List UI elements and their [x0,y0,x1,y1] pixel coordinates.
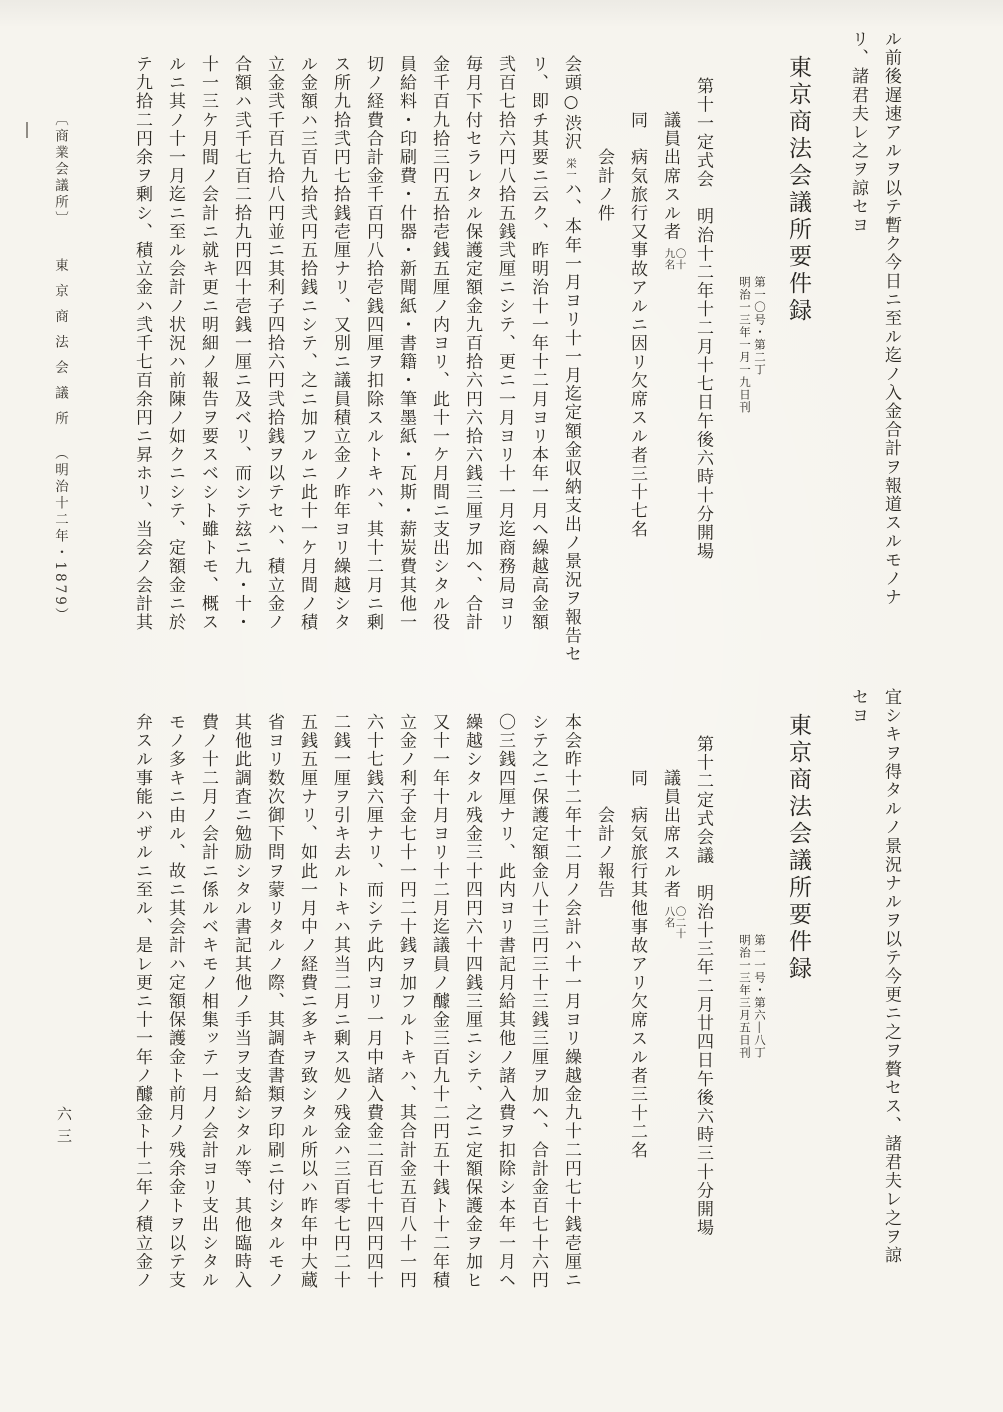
body-line: 其他此調査ニ勉励シタル書記其他ノ手当ヲ支給シタル等、其他臨時入 [224,688,257,1340]
margin-collection-label: 〔商業会議所〕 [52,112,68,228]
margin-source-note: 〔商業会議所〕東京商法会議所（明治十二年・1879） [50,112,70,632]
body-line-speaker: 会頭○渋沢栄一ハ、本年一月ヨリ十一月迄定額金収納支出ノ景況ヲ報告セ [554,30,587,652]
body-line: テ九拾二円余ヲ剰シ、積立金ハ弐千七百余円ニ昇ホリ、当会ノ会計其 [125,30,158,652]
body-line: ス所九拾弐円七拾銭壱厘ナリ、又別ニ議員積立金ノ昨年ヨリ繰越シタ [323,30,356,652]
body-line: シテ之ニ保護定額金八十三円三十三銭三厘ヲ加ヘ、合計金百七十六円 [521,688,554,1340]
issue-number-line: 第一一号・第六―八丁 [752,934,767,1340]
record-section-meeting-12: 宜シキヲ得タルノ景況ナルヲ以テ今更ニ之ヲ贅セス、諸君夫レ之ヲ諒 セヨ 東京商法会… [125,688,907,1340]
report-header: 会計ノ報告 [587,688,620,1340]
meeting-heading: 第十一定式会 明治十二年十二月十七日午後六時十分開場 [686,30,719,652]
issue-note: 第一〇号・第二丁 明治一三年一月一九日刊 [737,30,767,652]
body-line: 省ヨリ数次御下問ヲ蒙リタルノ際、其調査書類ヲ印刷ニ付シタルモノ [257,688,290,1340]
attendance-line: 議員出席スル者〇二十八名 [653,688,686,1340]
meeting-heading: 第十二定式会議 明治十三年二月廿四日午後六時三十分開場 [686,688,719,1340]
body-line: 十一三ケ月間ノ会計ニ就キ更ニ明細ノ報告ヲ要スベシト雖トモ、概ス [191,30,224,652]
body-line: 又十一年十月ヨリ十二月迄議員ノ醵金三百九十二円五十銭ト十二年積 [422,688,455,1340]
speaker-prefix: 会頭○渋沢 [561,55,581,151]
report-header: 会計ノ件 [587,30,620,652]
attendance-label: 議員出席スル者 [660,111,680,241]
body-line: 繰越シタル残金三十四円六十四銭三厘ニシテ、之ニ定額保護金ヲ加ヒ [455,688,488,1340]
body-line: 二銭一厘ヲ引キ去ルトキハ其当二月ニ剰ス処ノ残金ハ三百零七円二十 [323,688,356,1340]
carryover-line: セヨ [841,688,874,1340]
attendance-count-note: 〇十九名 [664,248,686,270]
carryover-line: リ、諸君夫レ之ヲ諒セヨ [841,30,874,652]
absence-line: 同 病気旅行又事故アルニ因リ欠席スル者三十七名 [620,30,653,652]
body-line: モノ多キニ由ル、故ニ其会計ハ定額保護金ト前月ノ残余金トヲ以テ支 [158,688,191,1340]
carryover-line: 宜シキヲ得タルノ景況ナルヲ以テ今更ニ之ヲ贅セス、諸君夫レ之ヲ諒 [874,688,907,1340]
issue-note: 第一一号・第六―八丁 明治一三年三月五日刊 [737,688,767,1340]
body-line: 立金弐千百九拾八円並ニ其利子四拾六円弐拾銭ヲ以テセハ、積立金ノ [257,30,290,652]
margin-source-title: 東京商法会議所 [52,258,68,437]
scan-edge-artifact [26,122,28,138]
page-number: 六三 [54,1106,75,1150]
body-line: 立金ノ利子金七十一円二十銭ヲ加フルトキハ、其合計金五百八十一円 [389,688,422,1340]
issue-number-line: 第一〇号・第二丁 [752,276,767,652]
attendance-count-note: 〇二十八名 [664,906,686,939]
body-line: 五銭五厘ナリ、如此一月中ノ経費ニ多キヲ致シタル所以ハ昨年中大蔵 [290,688,323,1340]
speaker-statement: ハ、本年一月ヨリ十一月迄定額金収納支出ノ景況ヲ報告セ [561,180,581,664]
body-line: 弁スル事能ハザルニ至ル、是レ更ニ十一年ノ醵金ト十二年ノ積立金ノ [125,688,158,1340]
body-line: 費ノ十二月ノ会計ニ係ルベキモノ相集ッテ一月ノ会計ヨリ支出シタル [191,688,224,1340]
body-line: ル金額ハ三百九拾弐円五拾銭ニシテ、之ニ加フルニ此十一ケ月間ノ積 [290,30,323,652]
carryover-line: ル前後遅速アルヲ以テ暫ク今日ニ至ル迄ノ入金合計ヲ報道スルモノナ [874,30,907,652]
speaker-name-note: 栄一 [565,158,576,180]
body-line: 員給料・印刷費・什器・新聞紙・書籍・筆墨紙・瓦斯・薪炭費其他一 [389,30,422,652]
body-line: リ、即チ其要ニ云ク、昨明治十一年十二月ヨリ本年一月ヘ繰越高金額 [521,30,554,652]
body-line: 切ノ経費合計金千百円八拾壱銭四厘ヲ扣除スルトキハ、其十二月ニ剰 [356,30,389,652]
section-title: 東京商法会議所要件録 [783,30,813,652]
record-section-meeting-11: ル前後遅速アルヲ以テ暫ク今日ニ至ル迄ノ入金合計ヲ報道スルモノナ リ、諸君夫レ之ヲ… [125,30,907,652]
absence-line: 同 病気旅行其他事故アリ欠席スル者三十二名 [620,688,653,1340]
scanned-document-page: { "document": { "page_number": "六三", "ma… [0,0,1003,1412]
body-line: 毎月下付セラレタル保護定額金九百拾六円六拾六銭三厘ヲ加ヘ、合計 [455,30,488,652]
attendance-label: 議員出席スル者 [660,769,680,899]
issue-date-line: 明治一三年三月五日刊 [737,934,752,1340]
section-title: 東京商法会議所要件録 [783,688,813,1340]
margin-source-year: （明治十二年・1879） [52,446,68,624]
body-line: 弐百七拾六円八拾五銭弐厘ニシテ、更ニ一月ヨリ十一月迄商務局ヨリ [488,30,521,652]
body-line: ルニ其ノ十一月迄ニ至ル会計ノ状況ハ前陳ノ如クニシテ、定額金ニ於 [158,30,191,652]
body-line: 〇三銭四厘ナリ、此内ヨリ書記月給其他ノ諸入費ヲ扣除シ本年一月ヘ [488,688,521,1340]
body-line: 金千百九拾三円五拾壱銭五厘ノ内ヨリ、此十一ケ月間ニ支出シタル役 [422,30,455,652]
body-line: 合額ハ弐千七百二拾九円四十壱銭一厘ニ及ベリ、而シテ玆ニ九・十・ [224,30,257,652]
body-line: 六十七銭六厘ナリ、而シテ此内ヨリ一月中諸入費金二百七十四円四十 [356,688,389,1340]
body-line: 本会昨十二年十二月ノ会計ハ十一月ヨリ繰越金九十二円七十銭壱厘ニ [554,688,587,1340]
issue-date-line: 明治一三年一月一九日刊 [737,276,752,652]
attendance-line: 議員出席スル者〇十九名 [653,30,686,652]
